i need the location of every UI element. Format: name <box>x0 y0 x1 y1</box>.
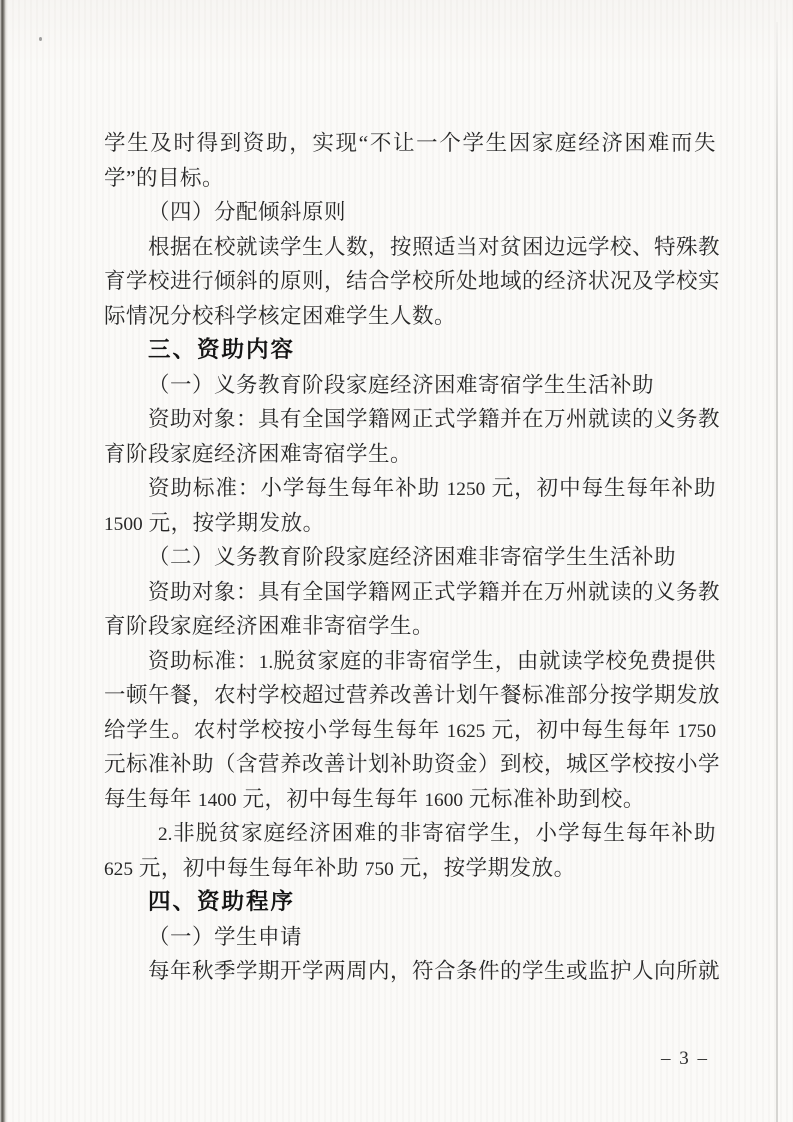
text-line: 际情况分校科学核定困难学生人数。 <box>104 299 716 334</box>
text-line: 资助对象：具有全国学籍网正式学籍并在万州就读的义务教 <box>104 402 716 437</box>
text-line: 元标准补助（含营养改善计划补助资金）到校，城区学校按小学 <box>104 747 716 782</box>
text-line: 每生每年 1400 元，初中每生每年 1600 元标准补助到校。 <box>104 782 716 817</box>
text-line: 每年秋季学期开学两周内，符合条件的学生或监护人向所就 <box>104 954 716 989</box>
numeric-value: 2. <box>158 824 173 845</box>
text-line: 资助标准：1.脱贫家庭的非寄宿学生，由就读学校免费提供 <box>104 644 716 679</box>
numeric-value: 1. <box>259 652 274 673</box>
scanned-page: 学生及时得到资助，实现“不让一个学生因家庭经济困难而失学”的目标。（四）分配倾斜… <box>0 0 793 1122</box>
text-line: （一）义务教育阶段家庭经济困难寄宿学生生活补助 <box>104 368 716 403</box>
numeric-value: 1600 <box>424 790 463 811</box>
page-number: – 3 – <box>661 1048 709 1070</box>
text-line: （四）分配倾斜原则 <box>104 195 716 230</box>
text-line: 给学生。农村学校按小学每生每年 1625 元，初中每生每年 1750 <box>104 713 716 748</box>
numeric-value: 625 <box>104 859 133 880</box>
text-line: 育阶段家庭经济困难寄宿学生。 <box>104 437 716 472</box>
text-line: 资助对象：具有全国学籍网正式学籍并在万州就读的义务教 <box>104 575 716 610</box>
text-line: （二）义务教育阶段家庭经济困难非寄宿学生生活补助 <box>104 540 716 575</box>
text-line: 625 元，初中每生每年补助 750 元，按学期发放。 <box>104 851 716 886</box>
numeric-value: 1400 <box>198 790 237 811</box>
scan-edge-right <box>776 22 778 1122</box>
text-line: 一顿午餐，农村学校超过营养改善计划午餐标准部分按学期发放 <box>104 678 716 713</box>
text-line: 根据在校就读学生人数，按照适当对贫困边远学校、特殊教 <box>104 230 716 265</box>
document-body: 学生及时得到资助，实现“不让一个学生因家庭经济困难而失学”的目标。（四）分配倾斜… <box>104 126 716 989</box>
text-line: 学”的目标。 <box>104 161 716 196</box>
numeric-value: 1750 <box>677 721 716 742</box>
numeric-value: 1500 <box>104 514 143 535</box>
numeric-value: 1250 <box>447 479 486 500</box>
text-line: 学生及时得到资助，实现“不让一个学生因家庭经济困难而失 <box>104 126 716 161</box>
text-line: （一）学生申请 <box>104 920 716 955</box>
scan-speck <box>39 37 42 41</box>
text-line: 资助标准：小学每生每年补助 1250 元，初中每生每年补助 <box>104 471 716 506</box>
section-heading: 三、资助内容 <box>104 333 716 368</box>
section-heading: 四、资助程序 <box>104 885 716 920</box>
numeric-value: 1625 <box>447 721 486 742</box>
text-line: 育学校进行倾斜的原则，结合学校所处地域的经济状况及学校实 <box>104 264 716 299</box>
text-line: 2.非脱贫家庭经济困难的非寄宿学生，小学每生每年补助 <box>104 816 716 851</box>
scan-edge-left <box>0 0 7 1122</box>
text-line: 育阶段家庭经济困难非寄宿学生。 <box>104 609 716 644</box>
numeric-value: 750 <box>365 859 394 880</box>
text-line: 1500 元，按学期发放。 <box>104 506 716 541</box>
